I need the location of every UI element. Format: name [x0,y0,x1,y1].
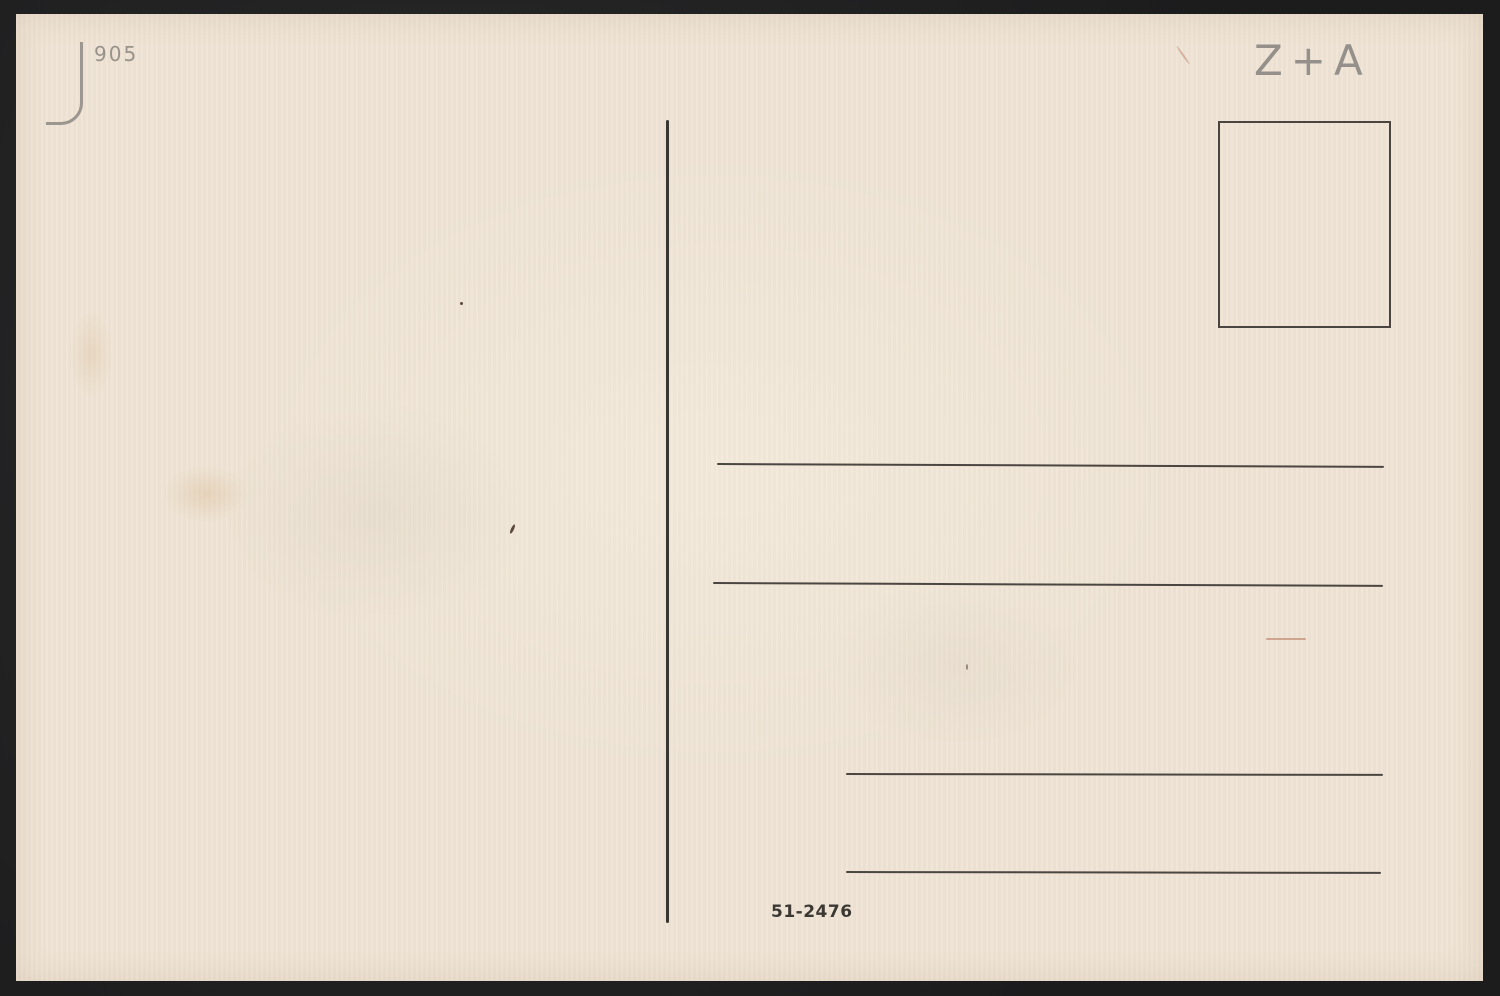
address-line-4 [846,871,1381,874]
paper-blemish [966,664,968,670]
paper-blemish [509,524,516,534]
handwritten-number: 905 [94,42,138,66]
paper-blemish [1176,45,1190,64]
vertical-center-divider [666,120,669,923]
catalog-number: 51-2476 [771,902,853,922]
address-line-3 [846,773,1383,776]
address-line-2 [713,582,1383,587]
handwritten-note-top-left: 905 [46,36,166,136]
postcard-back: 905 Z+A 51-2476 [16,14,1483,981]
scan-background: 905 Z+A 51-2476 [0,0,1500,996]
paper-blemish [460,302,463,305]
handwritten-note-top-right: Z+A [1254,36,1371,85]
paper-blemish [1266,638,1306,640]
address-line-1 [717,463,1384,468]
handwritten-j-mark [46,42,83,125]
stamp-placement-box [1218,121,1391,328]
